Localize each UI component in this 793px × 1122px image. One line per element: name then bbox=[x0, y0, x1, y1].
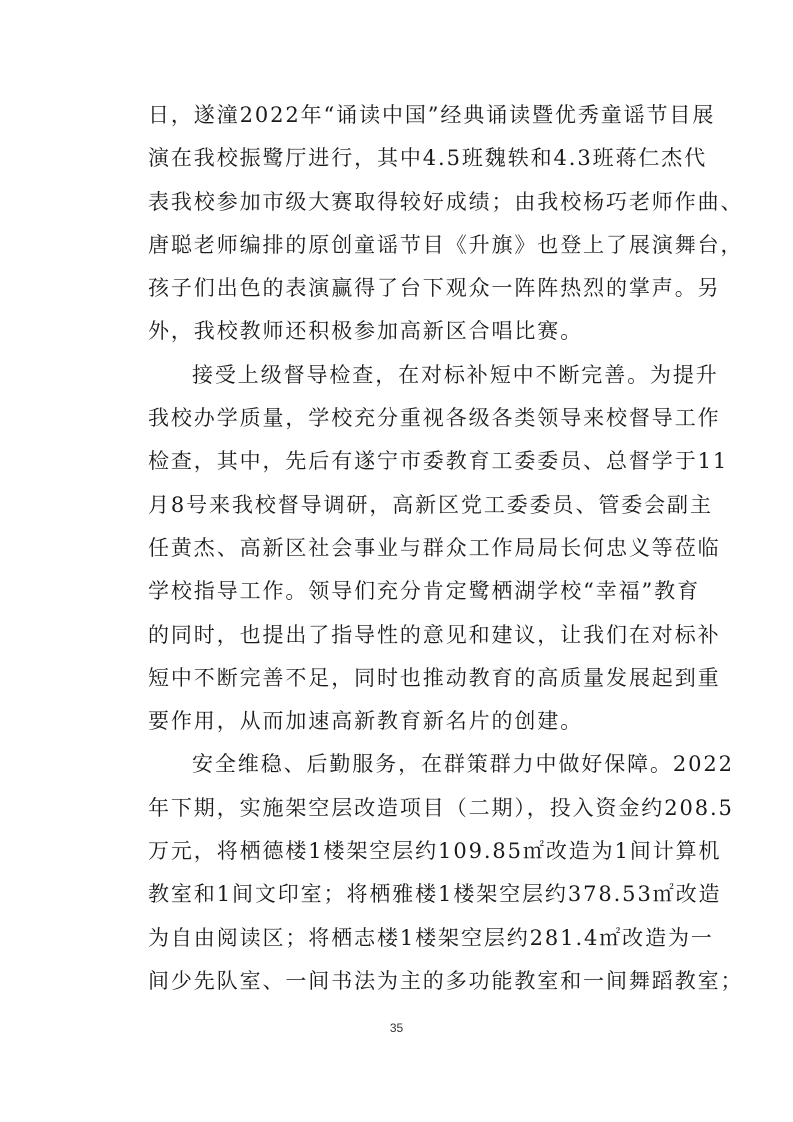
text-line: 检查，其中，先后有遂宁市委教育工委委员、总督学于11 bbox=[148, 440, 692, 483]
text-line: 学校指导工作。领导们充分肯定鹭栖湖学校“幸福”教育 bbox=[148, 570, 692, 613]
paragraph-1: 日，遂潼2022年“诵读中国”经典诵读暨优秀童谣节目展 演在我校振鹭厅进行，其中… bbox=[148, 94, 692, 354]
text-line: 孩子们出色的表演赢得了台下观众一阵阵热烈的掌声。另 bbox=[148, 267, 692, 310]
body-text: 日，遂潼2022年“诵读中国”经典诵读暨优秀童谣节目展 演在我校振鹭厅进行，其中… bbox=[148, 94, 692, 1003]
text-line: 要作用，从而加速高新教育新名片的创建。 bbox=[148, 700, 692, 743]
text-line: 万元，将栖德楼1楼架空层约109.85㎡改造为1间计算机 bbox=[148, 830, 692, 873]
page-number: 35 bbox=[0, 1021, 793, 1035]
text-line: 唐聪老师编排的原创童谣节目《升旗》也登上了展演舞台， bbox=[148, 224, 692, 267]
text-line: 我校办学质量，学校充分重视各级各类领导来校督导工作 bbox=[148, 397, 692, 440]
text-line: 月8号来我校督导调研，高新区党工委委员、管委会副主 bbox=[148, 484, 692, 527]
text-line: 日，遂潼2022年“诵读中国”经典诵读暨优秀童谣节目展 bbox=[148, 94, 692, 137]
text-line: 教室和1间文印室；将栖雅楼1楼架空层约378.53㎡改造 bbox=[148, 873, 692, 916]
text-line: 为自由阅读区；将栖志楼1楼架空层约281.4㎡改造为一 bbox=[148, 917, 692, 960]
text-line: 外，我校教师还积极参加高新区合唱比赛。 bbox=[148, 310, 692, 353]
text-line: 的同时，也提出了指导性的意见和建议，让我们在对标补 bbox=[148, 614, 692, 657]
text-line: 演在我校振鹭厅进行，其中4.5班魏轶和4.3班蒋仁杰代 bbox=[148, 137, 692, 180]
document-page: 日，遂潼2022年“诵读中国”经典诵读暨优秀童谣节目展 演在我校振鹭厅进行，其中… bbox=[0, 0, 793, 1122]
text-line: 短中不断完善不足，同时也推动教育的高质量发展起到重 bbox=[148, 657, 692, 700]
text-line: 表我校参加市级大赛取得较好成绩；由我校杨巧老师作曲、 bbox=[148, 181, 692, 224]
text-line: 任黄杰、高新区社会事业与群众工作局局长何忠义等莅临 bbox=[148, 527, 692, 570]
paragraph-2: 接受上级督导检查，在对标补短中不断完善。为提升 我校办学质量，学校充分重视各级各… bbox=[148, 354, 692, 744]
text-line: 接受上级督导检查，在对标补短中不断完善。为提升 bbox=[148, 354, 692, 397]
text-line: 间少先队室、一间书法为主的多功能教室和一间舞蹈教室； bbox=[148, 960, 692, 1003]
text-line: 年下期，实施架空层改造项目（二期），投入资金约208.5 bbox=[148, 787, 692, 830]
paragraph-3: 安全维稳、后勤服务，在群策群力中做好保障。2022 年下期，实施架空层改造项目（… bbox=[148, 743, 692, 1003]
text-line: 安全维稳、后勤服务，在群策群力中做好保障。2022 bbox=[148, 743, 692, 786]
